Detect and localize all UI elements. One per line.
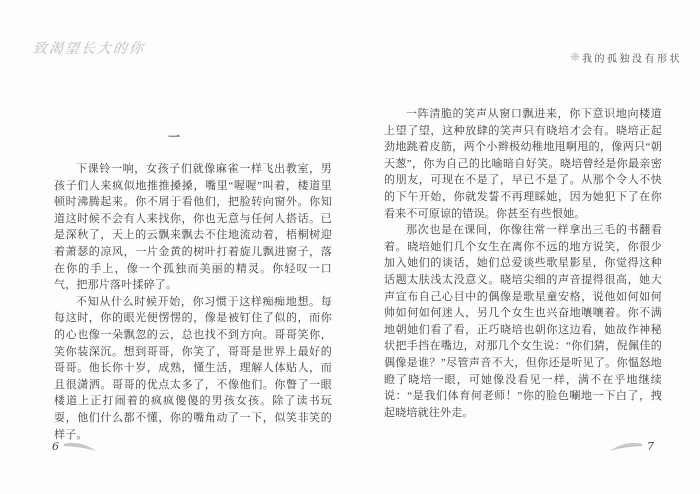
paragraph: 一阵清脆的笑声从窗口飘进来，你下意识地向楼道上望了望，这种放肆的笑声只有晓培才会… (384, 106, 662, 222)
swoosh-ornament-icon (63, 441, 97, 453)
left-page-footer: 6 (52, 440, 101, 453)
paragraph: 下课铃一响，女孩子们就像麻雀一样飞出教室，男孩子们人来疯似地推推搡搡，嘴里“喔喔… (54, 161, 332, 294)
right-running-head-title: 我的孤独没有形状 (582, 50, 682, 65)
left-page: 致渴望长大的你 一 下课铃一响，女孩子们就像麻雀一样飞出教室，男孩子们人来疯似地… (0, 0, 350, 494)
right-page-footer: 7 (605, 440, 654, 453)
flower-ornament-icon: ❋ (570, 50, 580, 65)
left-page-text: 下课铃一响，女孩子们就像麻雀一样飞出教室，男孩子们人来疯似地推推搡搡，嘴里“喔喔… (54, 161, 332, 443)
left-running-head: 致渴望长大的你 (32, 38, 146, 58)
book-spread: 致渴望长大的你 一 下课铃一响，女孩子们就像麻雀一样飞出教室，男孩子们人来疯似地… (0, 0, 700, 494)
right-page-text: 一阵清脆的笑声从窗口飘进来，你下意识地向楼道上望了望，这种放肆的笑声只有晓培才会… (384, 106, 662, 421)
right-page-number: 7 (647, 440, 654, 453)
paragraph: 那次也是在课间，你像往常一样拿出三毛的书翻看着。晓培她们几个女生在离你不远的地方… (384, 222, 662, 421)
left-page-number: 6 (52, 440, 59, 453)
paragraph: 不知从什么时候开始，你习惯于这样痴痴地想。每每这时，你的眼光便愣愣的，像是被钉住… (54, 294, 332, 443)
right-page: ❋ 我的孤独没有形状 一阵清脆的笑声从窗口飘进来，你下意识地向楼道上望了望，这种… (350, 0, 700, 494)
right-running-head: ❋ 我的孤独没有形状 (570, 50, 682, 65)
swoosh-ornament-icon (609, 441, 643, 453)
section-number: 一 (54, 128, 294, 145)
